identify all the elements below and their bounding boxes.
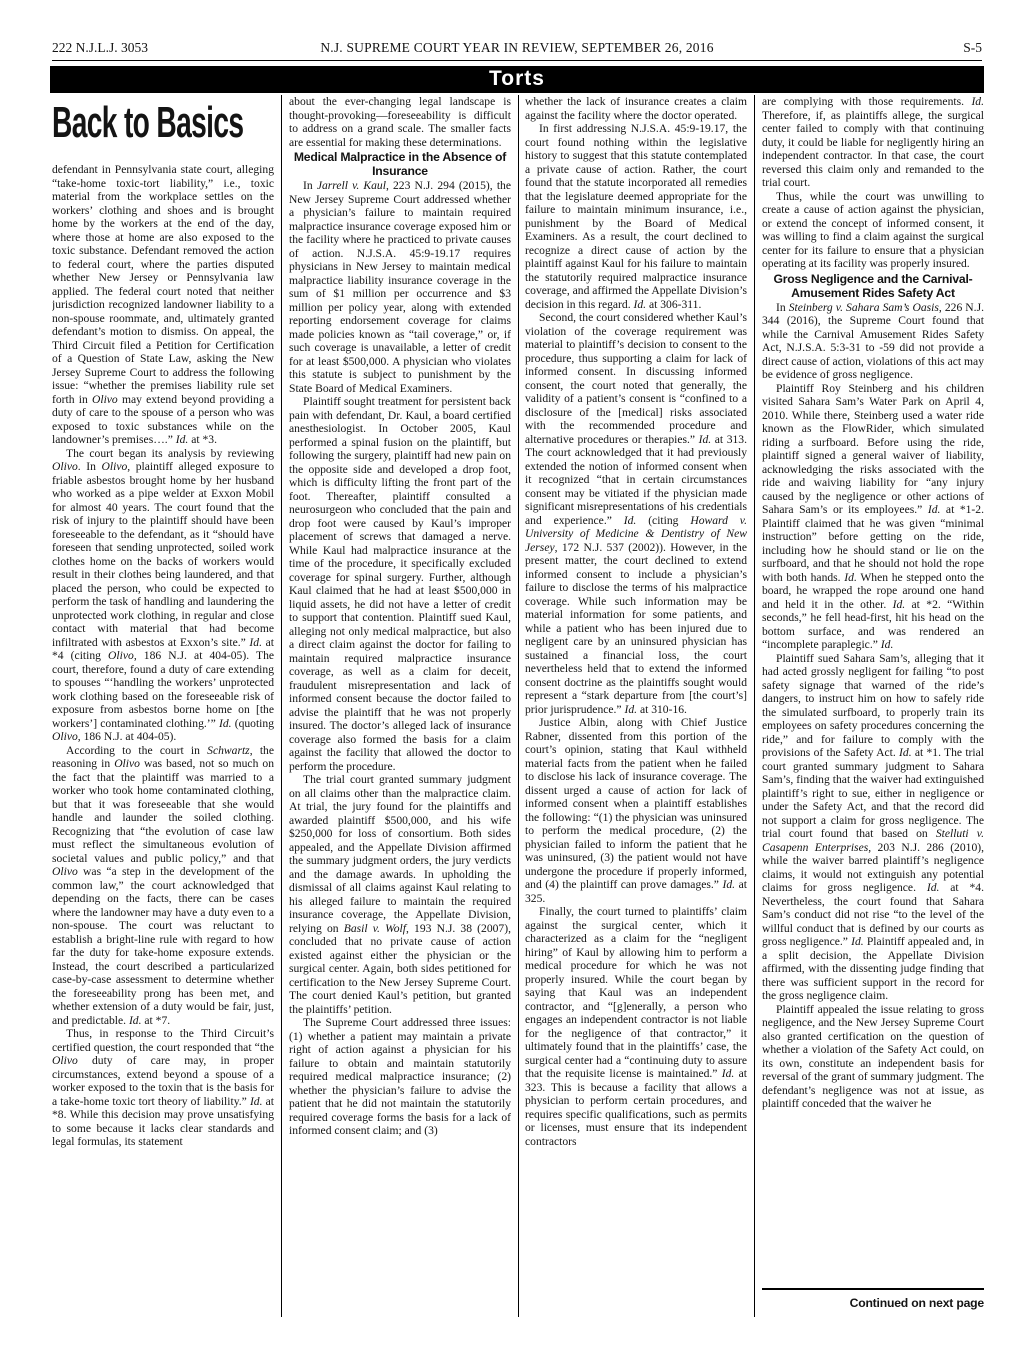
body-paragraph: The court began its analysis by reviewin… <box>52 447 274 744</box>
section-banner: Torts <box>50 66 984 93</box>
column-3: whether the lack of insurance creates a … <box>525 95 747 1332</box>
column-4: are complying with those requirements. I… <box>762 95 984 1332</box>
body-paragraph: Plaintiff Roy Steinberg and his children… <box>762 382 984 652</box>
publication-title: N.J. SUPREME COURT YEAR IN REVIEW, SEPTE… <box>52 40 982 56</box>
body-paragraph: Thus, while the court was unwilling to c… <box>762 190 984 271</box>
body-paragraph: Plaintiff sought treatment for persisten… <box>289 395 511 773</box>
section-subhead: Gross Negligence and the Carnival-Amusem… <box>762 272 984 300</box>
column-2: about the ever-changing legal landscape … <box>289 95 511 1332</box>
body-paragraph: Thus, in response to the Third Circuit’s… <box>52 1027 274 1149</box>
column-divider <box>281 95 282 1317</box>
body-paragraph: Plaintiff sued Sahara Sam’s, alleging th… <box>762 652 984 1003</box>
section-subhead: Medical Malpractice in the Absence of In… <box>289 150 511 178</box>
body-paragraph: The Supreme Court addressed three issues… <box>289 1016 511 1138</box>
column-divider <box>518 95 519 1317</box>
body-paragraph: about the ever-changing legal landscape … <box>289 95 511 149</box>
column-1: Back to Basicsdefendant in Pennsylvania … <box>52 95 274 1332</box>
body-paragraph: In first addressing N.J.S.A. 45:9-19.17,… <box>525 122 747 311</box>
body-paragraph: whether the lack of insurance creates a … <box>525 95 747 122</box>
body-paragraph: In Steinberg v. Sahara Sam’s Oasis, 226 … <box>762 301 984 382</box>
body-paragraph: Justice Albin, along with Chief Justice … <box>525 716 747 905</box>
body-paragraph: According to the court in Schwartz, the … <box>52 744 274 1028</box>
body-paragraph: Plaintiff appealed the issue relating to… <box>762 1003 984 1111</box>
column-divider <box>754 95 755 1317</box>
body-paragraph: defendant in Pennsylvania state court, a… <box>52 163 274 447</box>
masthead: 222 N.J.L.J. 3053 N.J. SUPREME COURT YEA… <box>52 40 982 58</box>
body-paragraph: Finally, the court turned to plaintiffs’… <box>525 905 747 1148</box>
section-title: Torts <box>50 67 984 91</box>
body-paragraph: are complying with those requirements. I… <box>762 95 984 190</box>
page-number: S-5 <box>963 40 982 56</box>
article-headline: Back to Basics <box>52 103 194 143</box>
newspaper-page: 222 N.J.L.J. 3053 N.J. SUPREME COURT YEA… <box>0 0 1024 1350</box>
article-body: Back to Basicsdefendant in Pennsylvania … <box>52 95 984 1332</box>
body-paragraph: The trial court granted summary judgment… <box>289 773 511 1016</box>
masthead-rule <box>52 60 982 61</box>
body-paragraph: Second, the court considered whether Kau… <box>525 311 747 716</box>
body-paragraph: In Jarrell v. Kaul, 223 N.J. 294 (2015),… <box>289 179 511 395</box>
